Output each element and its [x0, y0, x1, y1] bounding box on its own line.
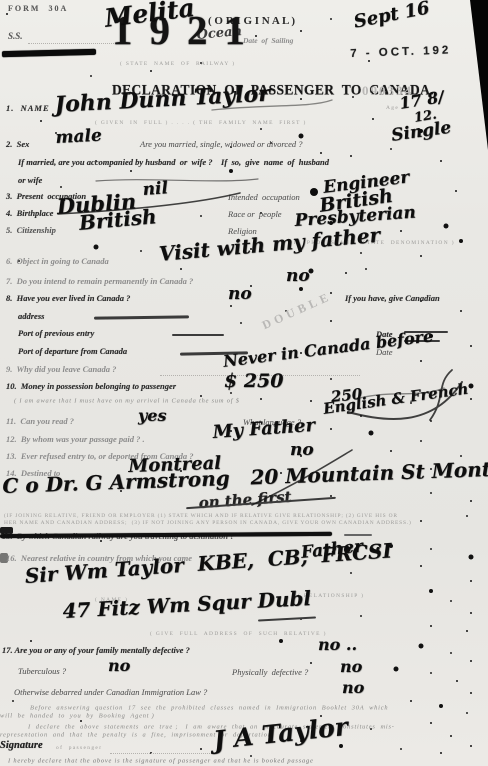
occupation-handwriting: nil [142, 178, 169, 200]
q16-number: 16. [6, 553, 17, 563]
address-label: address [18, 311, 44, 321]
port-entry-blank [172, 334, 224, 336]
debarred-label: Otherwise debarred under Canadian Immigr… [14, 687, 207, 697]
tb-answer-handwriting: no [108, 656, 130, 675]
port-departure-label: Port of departure from Canada [18, 346, 127, 356]
object-handwriting: Visit with my father [158, 223, 381, 266]
q11-number: 11. [6, 416, 16, 426]
q4-label: 4. Birthplace [6, 208, 53, 218]
q2-caption: Sex [17, 139, 30, 149]
q17-note-line1: Before answering question 17 see the pro… [30, 704, 388, 711]
relative-name-handwriting: Sir Wm Taylor KBE, CB, FRCSI [24, 538, 393, 588]
q4-number: 4. [6, 208, 12, 218]
physical-answer-handwriting: no [340, 657, 362, 676]
money-aware-note: ( I am aware that I must have on my arri… [14, 397, 240, 404]
relative-address-strike [258, 616, 316, 621]
q6-caption: Object in going to Canada [17, 256, 109, 266]
ss-label: S.S. [8, 31, 23, 41]
q7-caption: Do you intend to remain permanently in C… [17, 276, 194, 286]
q14-note-line1: (IF JOINING RELATIVE, FRIEND OR EMPLOYER… [4, 512, 398, 518]
footer-declaration: I hereby declare that the above is the s… [8, 757, 314, 764]
q6-label: 6. Object in going to Canada [6, 256, 109, 266]
q10-label: 10. Money in possession belonging to pas… [6, 381, 176, 391]
q1-caption: NAME [21, 103, 50, 113]
q7-number: 7. [6, 276, 12, 286]
q9-caption: Why did you leave Canada ? [16, 364, 116, 374]
name-handwriting: John Dunn Taylor [54, 81, 270, 118]
q2-label: 2. Sex [6, 139, 29, 149]
q11-label: 11. Can you read ? [6, 416, 74, 426]
physically-defective-label: Physically defective ? [232, 667, 308, 677]
header-microtext: ( STATE NAME OF RAILWAY ) [120, 60, 235, 66]
q1-sub-label: ( GIVEN IN FULL ) . . . . ( THE FAMILY N… [95, 119, 307, 125]
form-number: FORM 30A [8, 4, 68, 13]
money-handwriting: $ 250 [224, 370, 284, 392]
q7-answer-handwriting: no [286, 266, 310, 286]
q17-note-line2: will be handed to you by Booking Agent ) [0, 712, 155, 719]
struck-handwriting: on the first [198, 488, 292, 512]
q12-number: 12. [6, 434, 17, 444]
scanned-declaration-form: FORM 30A S.S. ( O R I G I N A L ) 1921 M… [0, 0, 488, 766]
q5-label: 5. Citizenship [6, 225, 56, 235]
relative-address-handwriting: 47 Fitz Wm Squr Dubl [62, 586, 312, 623]
struck-out-word [2, 49, 96, 57]
q12-caption: By whom was your passage paid ? . [21, 434, 145, 444]
ink-blot [310, 188, 318, 196]
signature-label: Signature [0, 740, 43, 751]
q9-number: 9. [6, 364, 12, 374]
scan-corner-shadow [470, 0, 488, 150]
q8-label: 8. Have you ever lived in Canada ? [6, 293, 130, 303]
marital-handwriting: Single [390, 118, 452, 146]
q14-note-line2: HER NAME AND CANADIAN ADDRESS; (3) IF NO… [4, 519, 412, 525]
q12-label: 12. By whom was your passage paid ? . [6, 434, 145, 444]
q8-caption: Have you ever lived in Canada ? [17, 293, 131, 303]
address-blank-strike [94, 315, 189, 319]
q3-number: 3. [6, 191, 12, 201]
signature-line [110, 752, 210, 754]
relative-address-note: ( GIVE FULL ADDRESS OF SUCH RELATIVE ) [150, 630, 327, 636]
signature-sub-label: of passenger [56, 744, 102, 750]
q1-label: 1. NAME [6, 103, 50, 113]
q8-note: If you have, give Canadian [345, 293, 440, 303]
language-handwriting: English & French [322, 380, 469, 418]
mental-answer-handwriting: no .. [318, 635, 357, 654]
q12-answer-handwriting: My Father [212, 415, 316, 443]
debarred-answer-handwriting: no [342, 678, 364, 697]
q1-number: 1. [6, 103, 14, 113]
double-stamp: DOUBLE [260, 289, 334, 333]
q17-caption: Are you or any of your family mentally d… [14, 645, 189, 655]
q11-caption: Can you read ? [20, 416, 74, 426]
marital-question: Are you married, single, widowed or divo… [140, 139, 303, 149]
q4-caption: Birthplace [17, 208, 54, 218]
received-date-stamp: 7 - OCT. 192 [350, 44, 452, 60]
passenger-signature-handwriting: J A Taylor [212, 712, 349, 755]
q5-number: 5. [6, 225, 12, 235]
sailing-date-handwriting: Sept 16 [352, 0, 431, 33]
q2-number: 2. [6, 139, 12, 149]
sex-handwriting: male [55, 126, 102, 148]
q9-label: 9. Why did you leave Canada ? [6, 364, 116, 374]
q10-number: 10. [6, 381, 17, 391]
q10-caption: Money in possession belonging to passeng… [21, 381, 176, 391]
intended-occupation-label: Intended occupation [228, 192, 300, 202]
race-label: Race or people [228, 209, 282, 219]
accompanied-question: If married, are you accompanied by husba… [18, 157, 329, 167]
age-label: Age [386, 104, 399, 110]
q17-number: 17. [2, 645, 13, 655]
noise-speckles [0, 0, 2, 2]
q8-number: 8. [6, 293, 12, 303]
q13-answer-handwriting: no [290, 440, 314, 460]
q8-answer-handwriting: no [228, 284, 252, 304]
port-previous-entry-label: Port of previous entry [18, 328, 94, 338]
q13-number: 13. [6, 451, 17, 461]
accompanied-question-2: or wife [18, 175, 42, 185]
q9-answer-handwriting: Never in Canada before [222, 326, 434, 371]
tuberculous-label: Tuberculous ? [18, 666, 66, 676]
q7-label: 7. Do you intend to remain permanently i… [6, 276, 193, 286]
q17-label: 17. Are you or any of your family mental… [2, 645, 190, 655]
q5-caption: Citizenship [17, 225, 56, 235]
q6-number: 6. [6, 256, 12, 266]
q11-answer-handwriting: yes [138, 406, 166, 425]
